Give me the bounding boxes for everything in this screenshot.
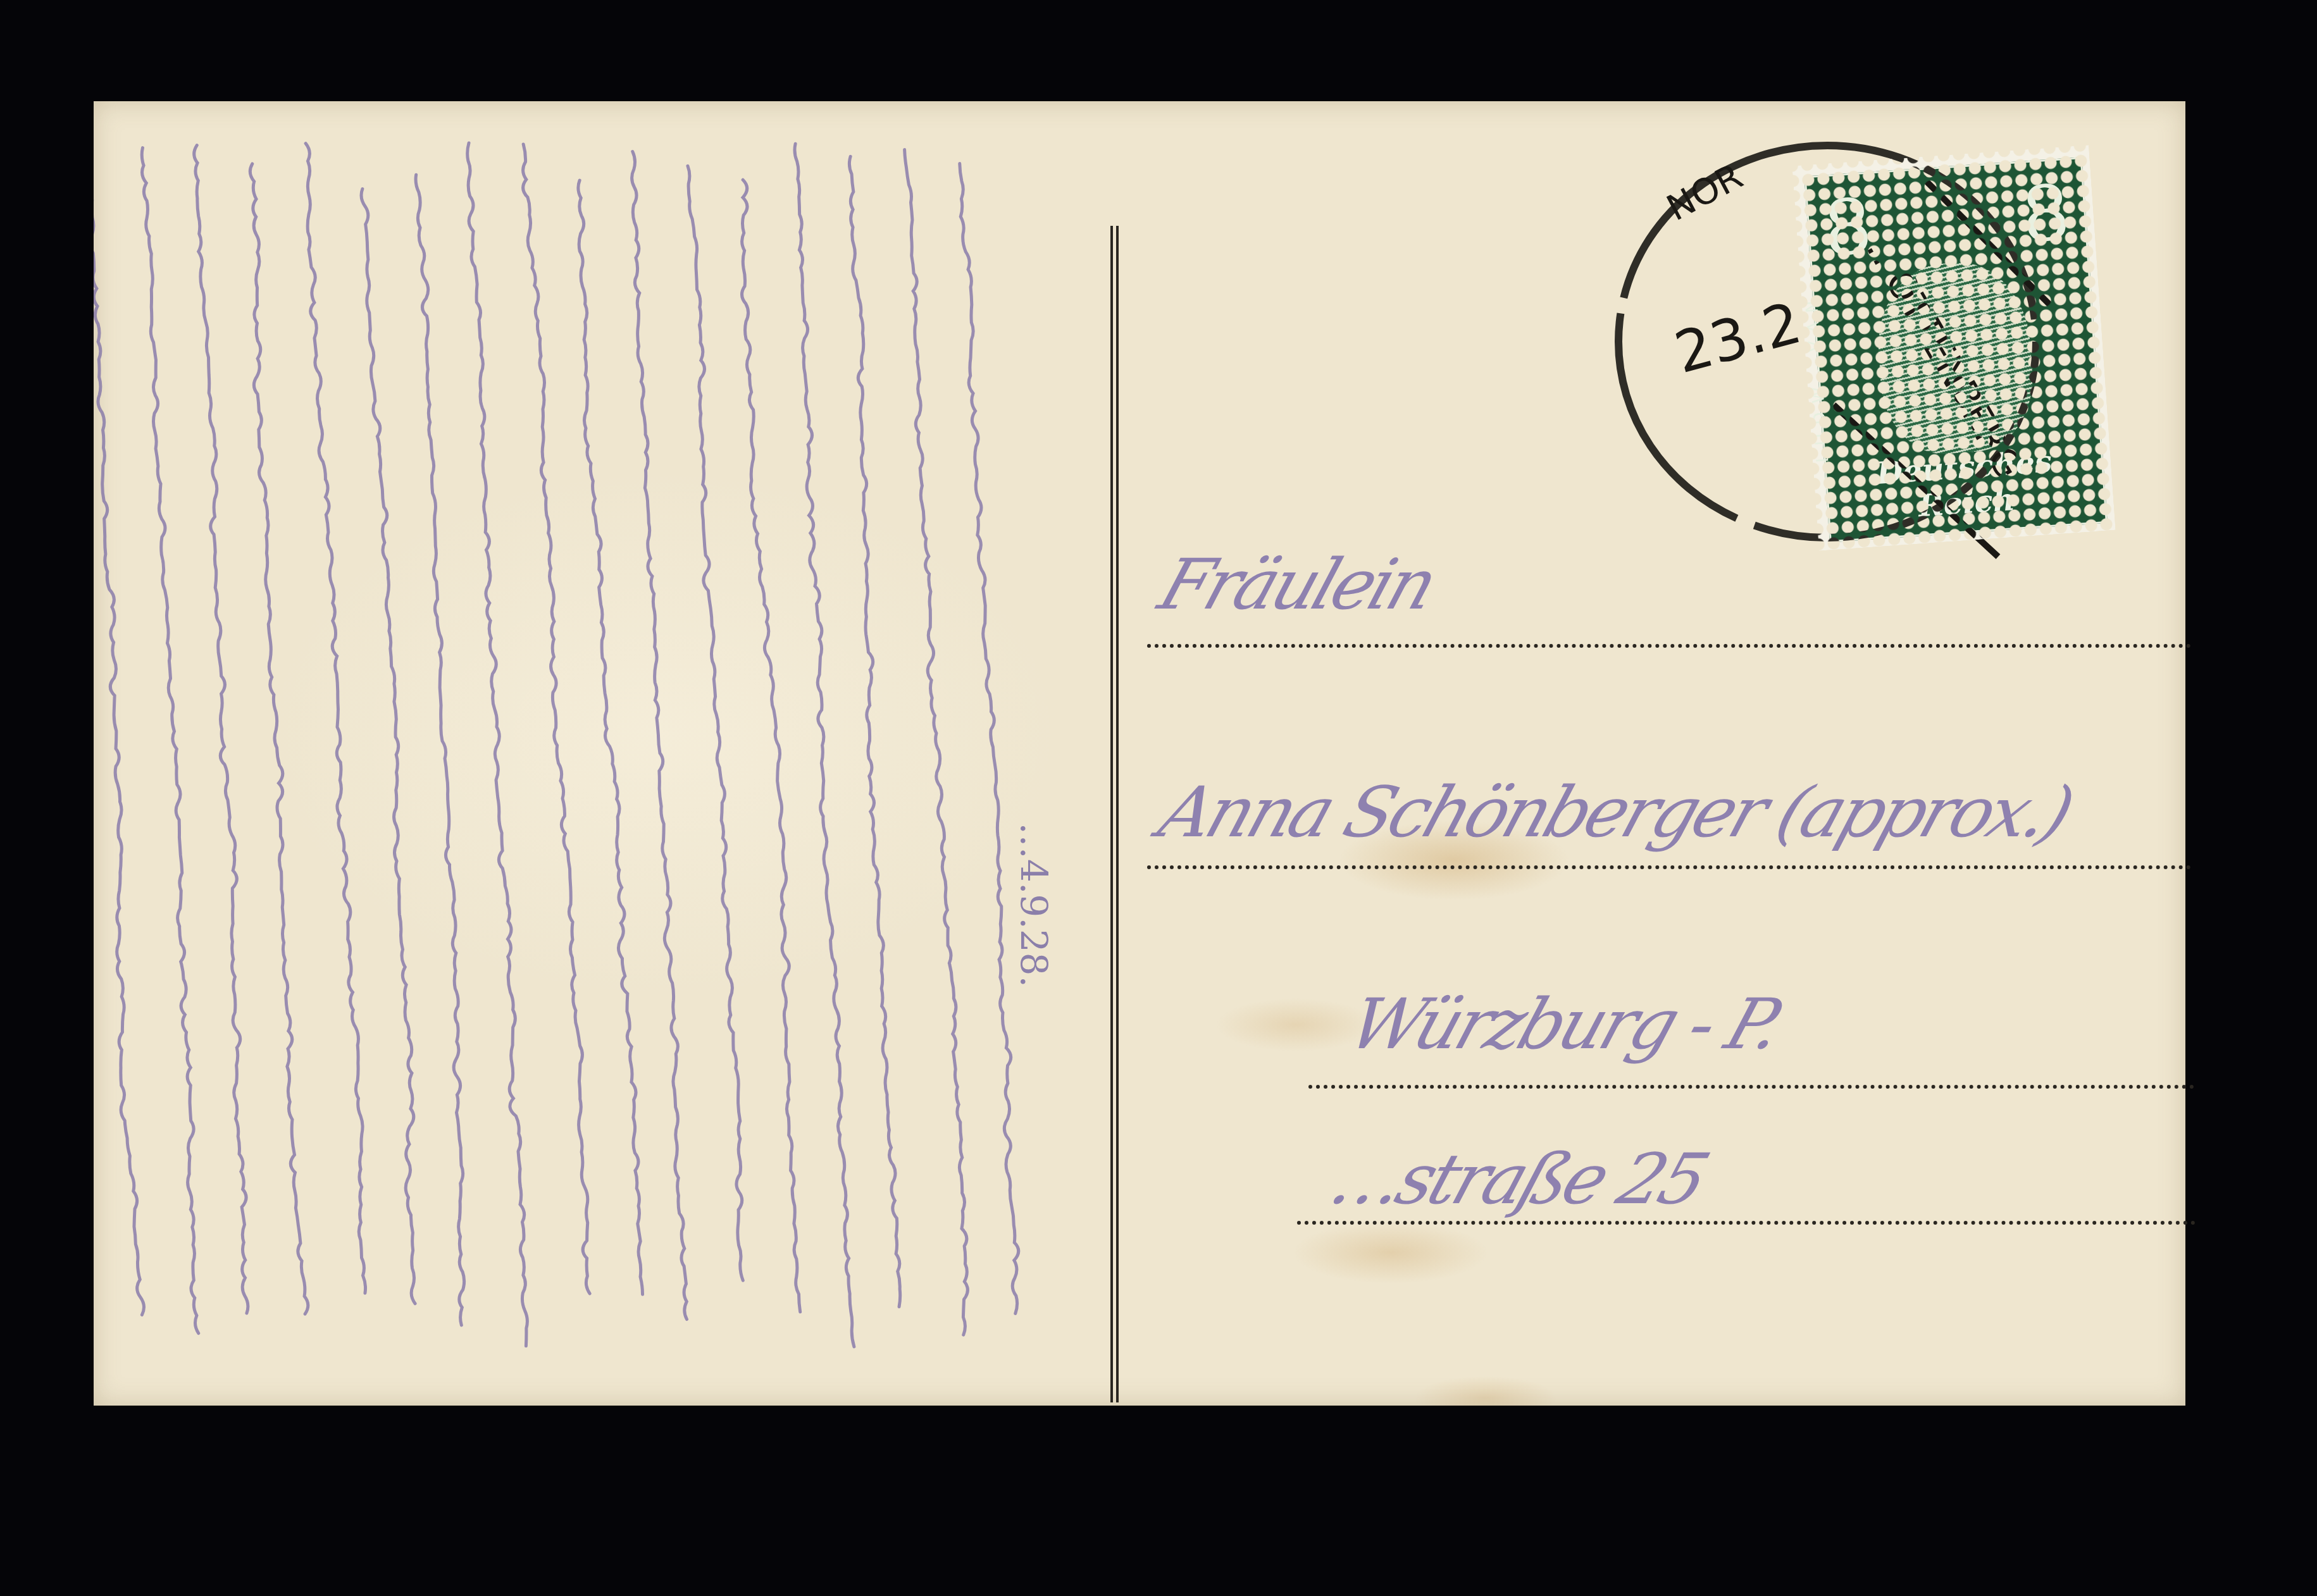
stamp-country: Deutsches Reich (1826, 440, 2105, 530)
address-name: Anna Schönberger (approx.) (1150, 772, 2080, 853)
postage-stamp: 8 8 LUDW. VAN BEETHOVEN Deutsches Reich (1792, 145, 2115, 550)
address-line-2 (1147, 865, 2191, 869)
message-handwriting (94, 101, 1100, 1406)
stamp-text-right: BEETHOVEN (2094, 253, 2126, 435)
address-city: Würzburg - P. (1339, 984, 1790, 1065)
address-line-3 (1308, 1085, 2194, 1089)
beethoven-portrait-icon (1873, 258, 2037, 458)
date-note: …4.9.28. (1012, 822, 1055, 987)
postmark-date: 23.2 (1668, 290, 1808, 387)
address-line-4 (1297, 1221, 2196, 1225)
address-line-1 (1147, 644, 2191, 648)
address-street: …straße 25 (1320, 1139, 1715, 1220)
divider-line (1110, 226, 1119, 1402)
stamp-value-right: 8 (2019, 169, 2073, 260)
address-salutation: Fräulein (1150, 544, 1444, 625)
postcard: …4.9.28. Fräulein Anna Schönberger (appr… (94, 101, 2185, 1406)
handwriting-strokes (94, 101, 1100, 1406)
stamp-value-left: 8 (1821, 183, 1875, 274)
